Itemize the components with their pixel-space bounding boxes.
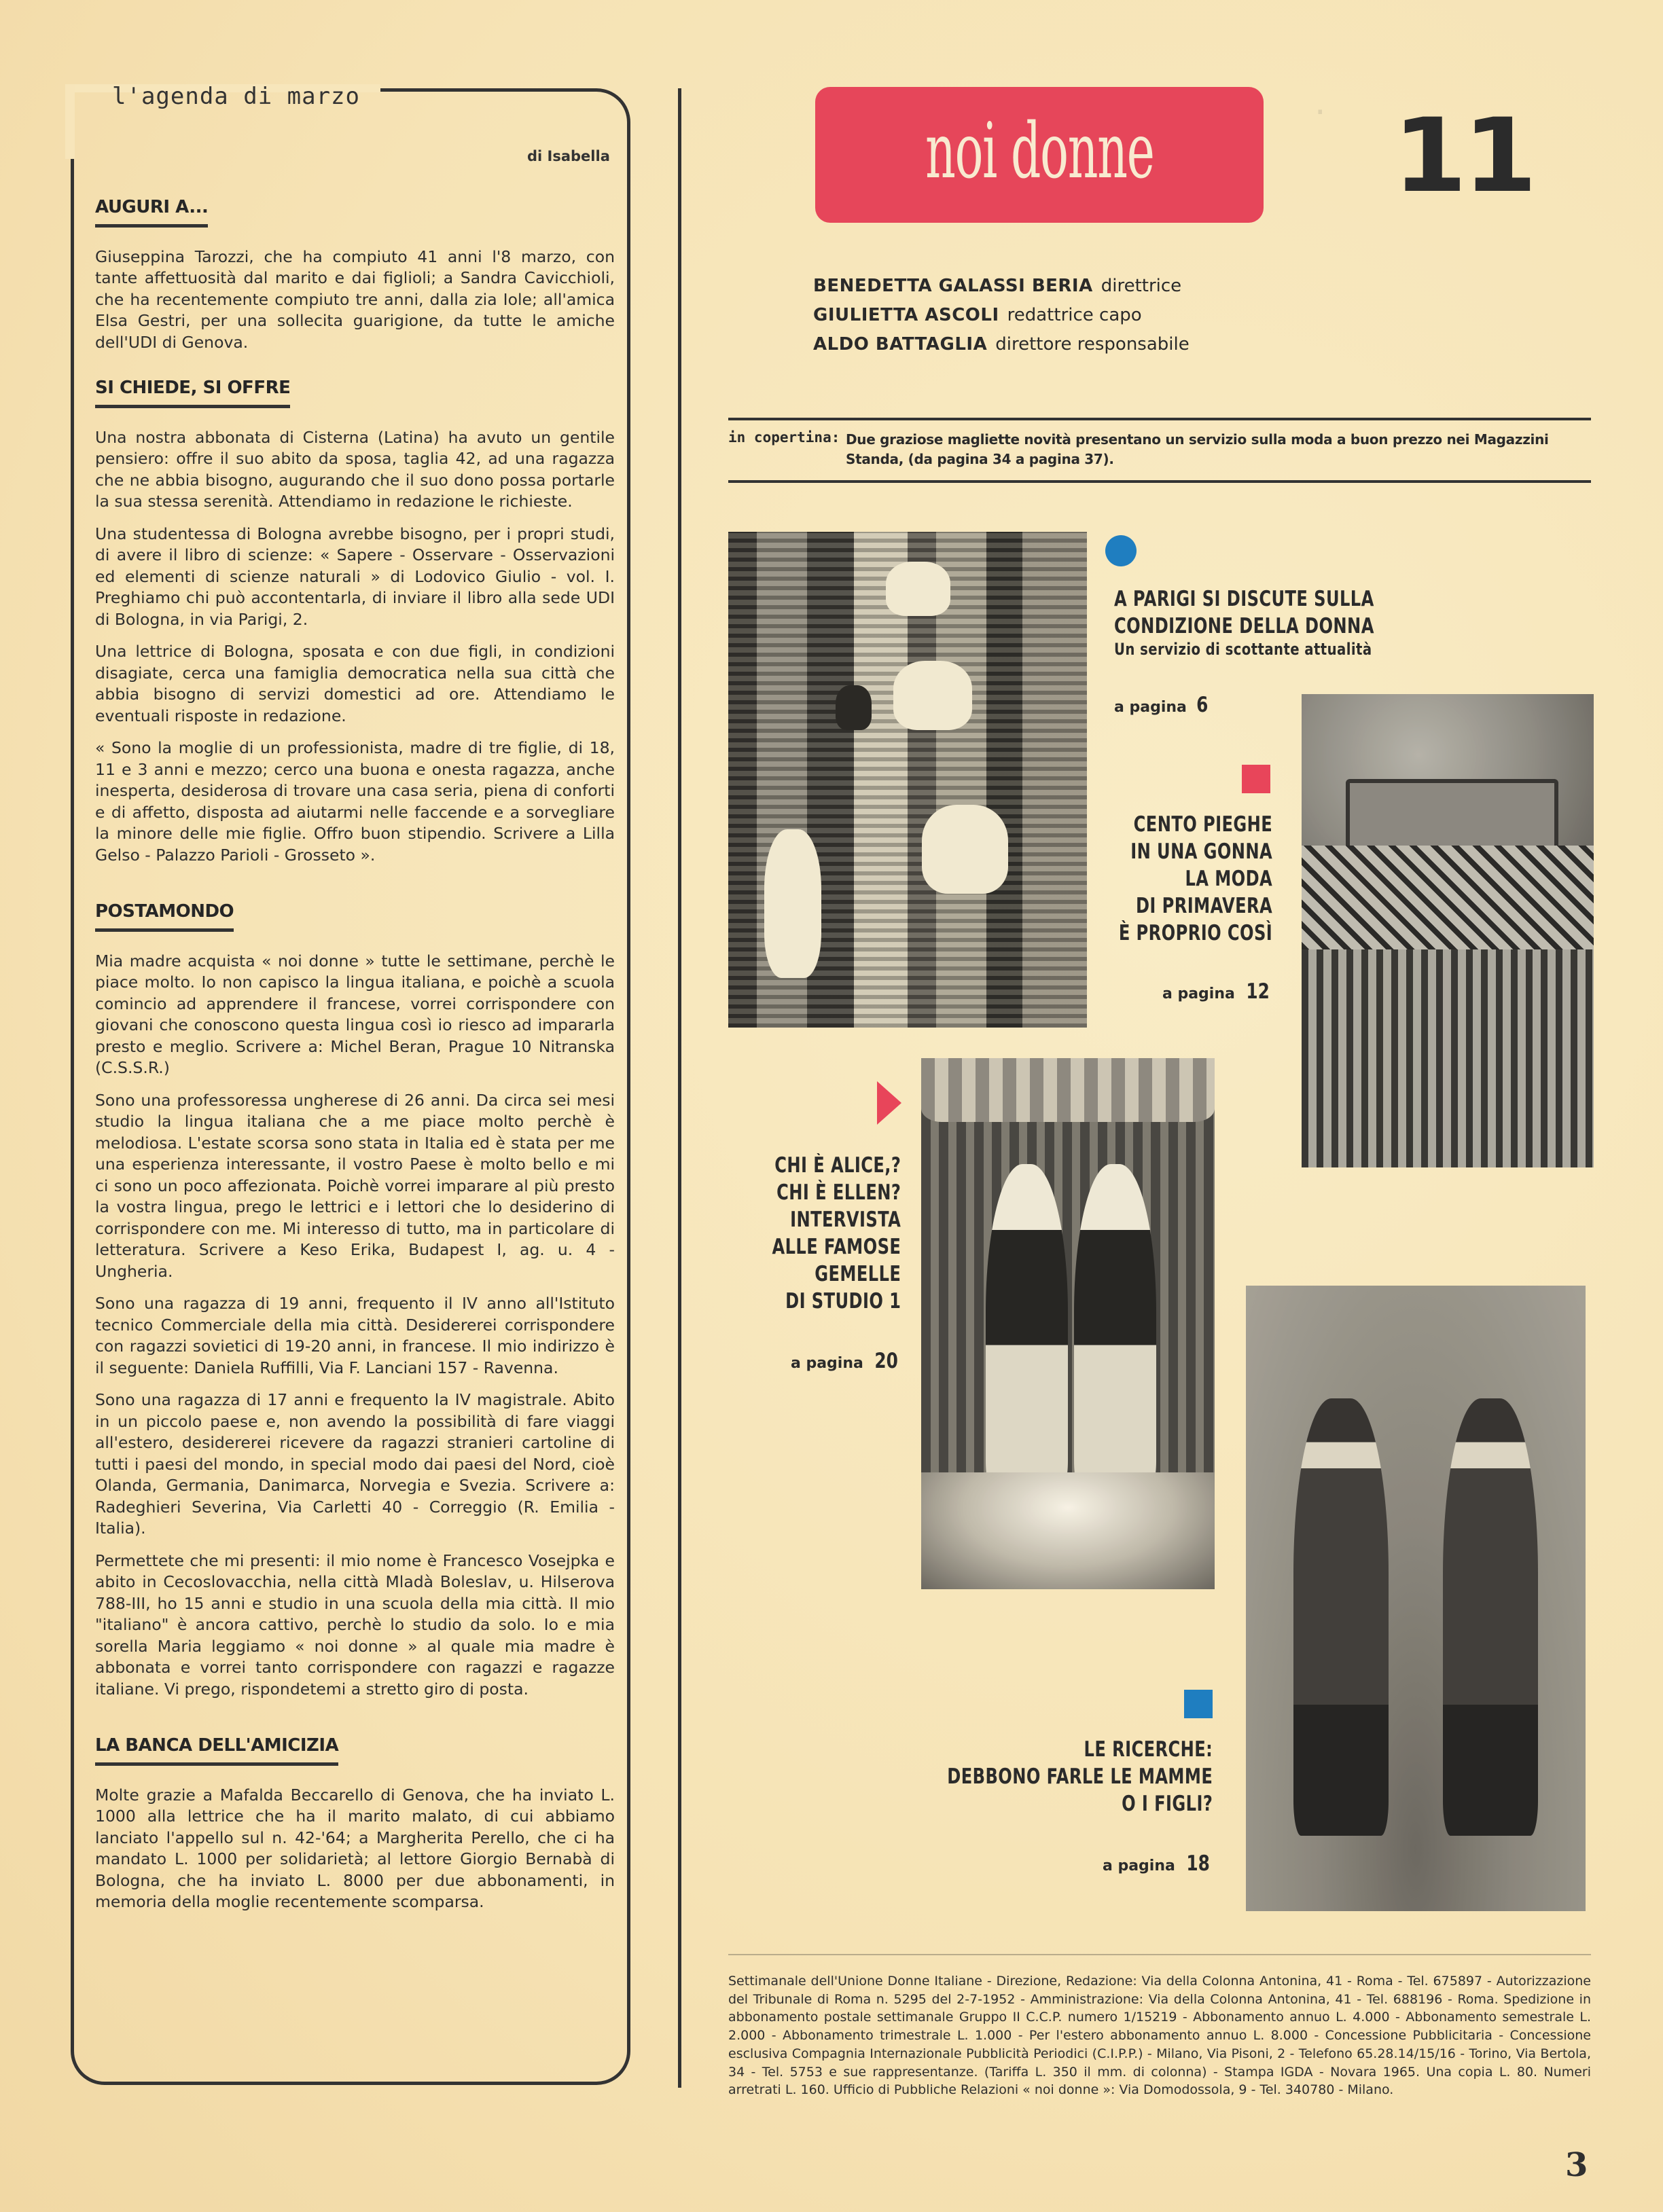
agenda-title: l'agenda di marzo (112, 83, 360, 110)
staff-role: direttrice (1101, 276, 1181, 296)
paragraph: Sono una professoressa ungherese di 26 a… (95, 1090, 615, 1283)
show-through-text: · (1311, 95, 1329, 130)
agenda-border-gap (65, 84, 75, 159)
paragraph: « Sono la moglie di un professionista, m… (95, 738, 615, 866)
blue-square-icon (1184, 1690, 1213, 1718)
byline: di Isabella (527, 148, 644, 164)
page-reference[interactable]: a pagina6 (1114, 693, 1448, 717)
staff-name: BENEDETTA GALASSI BERIA (813, 276, 1093, 296)
blue-circle-icon (1105, 535, 1137, 566)
paragraph: Mia madre acquista « noi donne » tutte l… (95, 951, 615, 1079)
paragraph: Molte grazie a Mafalda Beccarello di Gen… (95, 1785, 615, 1913)
two-children-photo (1246, 1286, 1586, 1911)
section-banca-amicizia: LA BANCA DELL'AMICIZIA Molte grazie a Ma… (95, 1735, 615, 1913)
red-square-icon (1242, 765, 1270, 793)
issue-number: 11 (1393, 105, 1533, 207)
cover-label: in copertina: (728, 429, 840, 446)
paragraph: Permettete che mi presenti: il mio nome … (95, 1551, 615, 1701)
pleated-skirt-photo (1302, 694, 1594, 1167)
teaser-subtitle: Un servizio di scottante attualità (1114, 640, 1387, 659)
section-heading: SI CHIEDE, SI OFFRE (95, 378, 290, 408)
staff-row: GIULIETTA ASCOLIredattrice capo (813, 301, 1190, 330)
paragraph: Sono una ragazza di 19 anni, frequento i… (95, 1293, 615, 1379)
staff-row: ALDO BATTAGLIAdirettore responsabile (813, 330, 1190, 359)
teaser-research: LE RICERCHE: DEBBONO FARLE LE MAMME O I … (872, 1736, 1213, 1876)
section-heading: AUGURI A... (95, 197, 208, 228)
paragraph: Una studentessa di Bologna avrebbe bisog… (95, 524, 615, 631)
column-divider (678, 88, 681, 2088)
staff-name: GIULIETTA ASCOLI (813, 305, 999, 325)
cover-description: Due graziose magliette novità presentano… (846, 430, 1590, 469)
section-auguri: AUGURI A... Giuseppina Tarozzi, che ha c… (95, 197, 615, 353)
red-triangle-icon (877, 1081, 901, 1125)
page-reference[interactable]: a pagina18 (872, 1851, 1213, 1876)
page-reference[interactable]: a pagina12 (1075, 979, 1272, 1004)
paragraph: Giuseppina Tarozzi, che ha compiuto 41 a… (95, 247, 615, 354)
page-number: 3 (1565, 2146, 1588, 2184)
teaser-headline: CHI È ALICE,? CHI È ELLEN? INTERVISTA AL… (772, 1152, 901, 1315)
teaser-headline: CENTO PIEGHE IN UNA GONNA LA MODA DI PRI… (1119, 811, 1272, 947)
teaser-headline: A PARIGI SI DISCUTE SULLA CONDIZIONE DEL… (1114, 585, 1374, 640)
section-heading: LA BANCA DELL'AMICIZIA (95, 1735, 338, 1766)
staff-role: redattrice capo (1007, 305, 1142, 325)
paragraph: Una lettrice di Bologna, sposata e con d… (95, 641, 615, 727)
masthead-logo: noi donne (815, 87, 1264, 223)
factory-workers-photo (728, 532, 1087, 1028)
cover-rule-bottom (728, 480, 1591, 483)
section-si-chiede: SI CHIEDE, SI OFFRE Una nostra abbonata … (95, 378, 615, 866)
staff-role: direttore responsabile (995, 334, 1190, 355)
teaser-headline: LE RICERCHE: DEBBONO FARLE LE MAMME O I … (947, 1736, 1213, 1817)
staff-list: BENEDETTA GALASSI BERIAdirettrice GIULIE… (813, 272, 1190, 359)
section-heading: POSTAMONDO (95, 901, 234, 932)
page-reference[interactable]: a pagina20 (736, 1349, 901, 1373)
teaser-paris: A PARIGI SI DISCUTE SULLA CONDIZIONE DEL… (1114, 585, 1448, 717)
teaser-skirt: CENTO PIEGHE IN UNA GONNA LA MODA DI PRI… (1075, 811, 1272, 1004)
paragraph: Sono una ragazza di 17 anni e frequento … (95, 1390, 615, 1540)
paragraph: Una nostra abbonata di Cisterna (Latina)… (95, 427, 615, 513)
logo-text: noi donne (925, 113, 1154, 189)
colophon-rule (728, 1954, 1591, 1955)
staff-row: BENEDETTA GALASSI BERIAdirettrice (813, 272, 1190, 301)
cover-rule-top (728, 418, 1591, 420)
teaser-twins: CHI È ALICE,? CHI È ELLEN? INTERVISTA AL… (736, 1152, 901, 1373)
staff-name: ALDO BATTAGLIA (813, 334, 987, 355)
section-postamondo: POSTAMONDO Mia madre acquista « noi donn… (95, 901, 615, 1700)
agenda-column: AUGURI A... Giuseppina Tarozzi, che ha c… (95, 197, 615, 1938)
colophon: Settimanale dell'Unione Donne Italiane -… (728, 1972, 1591, 2099)
twin-dancers-photo (921, 1058, 1215, 1589)
